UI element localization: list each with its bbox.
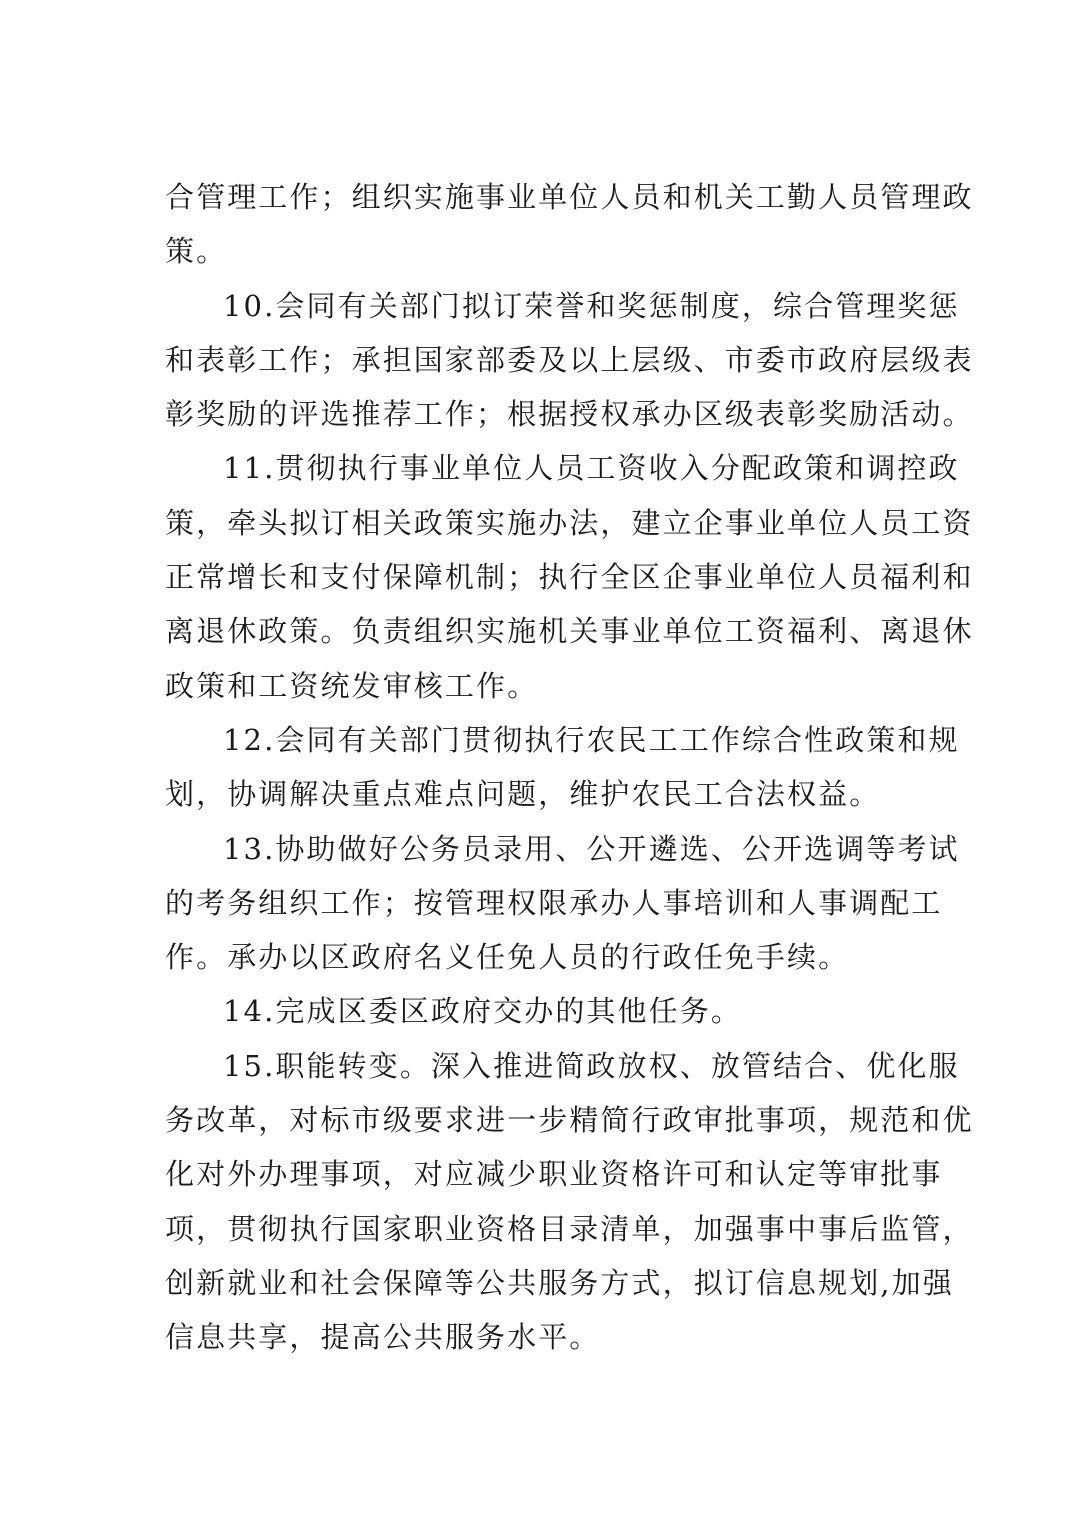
text-line: 创新就业和社会保障等公共服务方式，拟订信息规划,加强 bbox=[165, 1256, 917, 1310]
text-line: 离退休政策。负责组织实施机关事业单位工资福利、离退休 bbox=[165, 604, 917, 658]
paragraph-14: 14.完成区委区政府交办的其他任务。 bbox=[165, 984, 917, 1038]
document-page: 合管理工作；组织实施事业单位人员和机关工勤人员管理政 策。 10.会同有关部门拟… bbox=[165, 170, 917, 1365]
text-line: 15.职能转变。深入推进简政放权、放管结合、优化服 bbox=[165, 1039, 917, 1093]
text-line: 14.完成区委区政府交办的其他任务。 bbox=[165, 984, 917, 1038]
text-line: 11.贯彻执行事业单位人员工资收入分配政策和调控政 bbox=[165, 441, 917, 495]
paragraph-9-continued: 合管理工作；组织实施事业单位人员和机关工勤人员管理政 策。 bbox=[165, 170, 917, 279]
text-line: 10.会同有关部门拟订荣誉和奖惩制度，综合管理奖惩 bbox=[165, 279, 917, 333]
text-line: 作。承办以区政府名义任免人员的行政任免手续。 bbox=[165, 930, 917, 984]
text-line: 信息共享，提高公共服务水平。 bbox=[165, 1310, 917, 1364]
text-line: 划，协调解决重点难点问题，维护农民工合法权益。 bbox=[165, 767, 917, 821]
paragraph-10: 10.会同有关部门拟订荣誉和奖惩制度，综合管理奖惩 和表彰工作；承担国家部委及以… bbox=[165, 279, 917, 442]
text-line: 合管理工作；组织实施事业单位人员和机关工勤人员管理政 bbox=[165, 170, 917, 224]
text-line: 和表彰工作；承担国家部委及以上层级、市委市政府层级表 bbox=[165, 333, 917, 387]
paragraph-15: 15.职能转变。深入推进简政放权、放管结合、优化服 务改革，对标市级要求进一步精… bbox=[165, 1039, 917, 1365]
text-line: 策。 bbox=[165, 224, 917, 278]
text-line: 12.会同有关部门贯彻执行农民工工作综合性政策和规 bbox=[165, 713, 917, 767]
text-line: 的考务组织工作；按管理权限承办人事培训和人事调配工 bbox=[165, 876, 917, 930]
paragraph-13: 13.协助做好公务员录用、公开遴选、公开选调等考试 的考务组织工作；按管理权限承… bbox=[165, 822, 917, 985]
text-line: 项，贯彻执行国家职业资格目录清单，加强事中事后监管， bbox=[165, 1202, 917, 1256]
text-line: 务改革，对标市级要求进一步精简行政审批事项，规范和优 bbox=[165, 1093, 917, 1147]
text-line: 正常增长和支付保障机制；执行全区企事业单位人员福利和 bbox=[165, 550, 917, 604]
paragraph-11: 11.贯彻执行事业单位人员工资收入分配政策和调控政 策，牵头拟订相关政策实施办法… bbox=[165, 441, 917, 712]
text-line: 彰奖励的评选推荐工作；根据授权承办区级表彰奖励活动。 bbox=[165, 387, 917, 441]
text-line: 化对外办理事项，对应减少职业资格许可和认定等审批事 bbox=[165, 1147, 917, 1201]
paragraph-12: 12.会同有关部门贯彻执行农民工工作综合性政策和规 划，协调解决重点难点问题，维… bbox=[165, 713, 917, 822]
text-line: 策，牵头拟订相关政策实施办法，建立企事业单位人员工资 bbox=[165, 496, 917, 550]
text-line: 政策和工资统发审核工作。 bbox=[165, 659, 917, 713]
text-line: 13.协助做好公务员录用、公开遴选、公开选调等考试 bbox=[165, 822, 917, 876]
